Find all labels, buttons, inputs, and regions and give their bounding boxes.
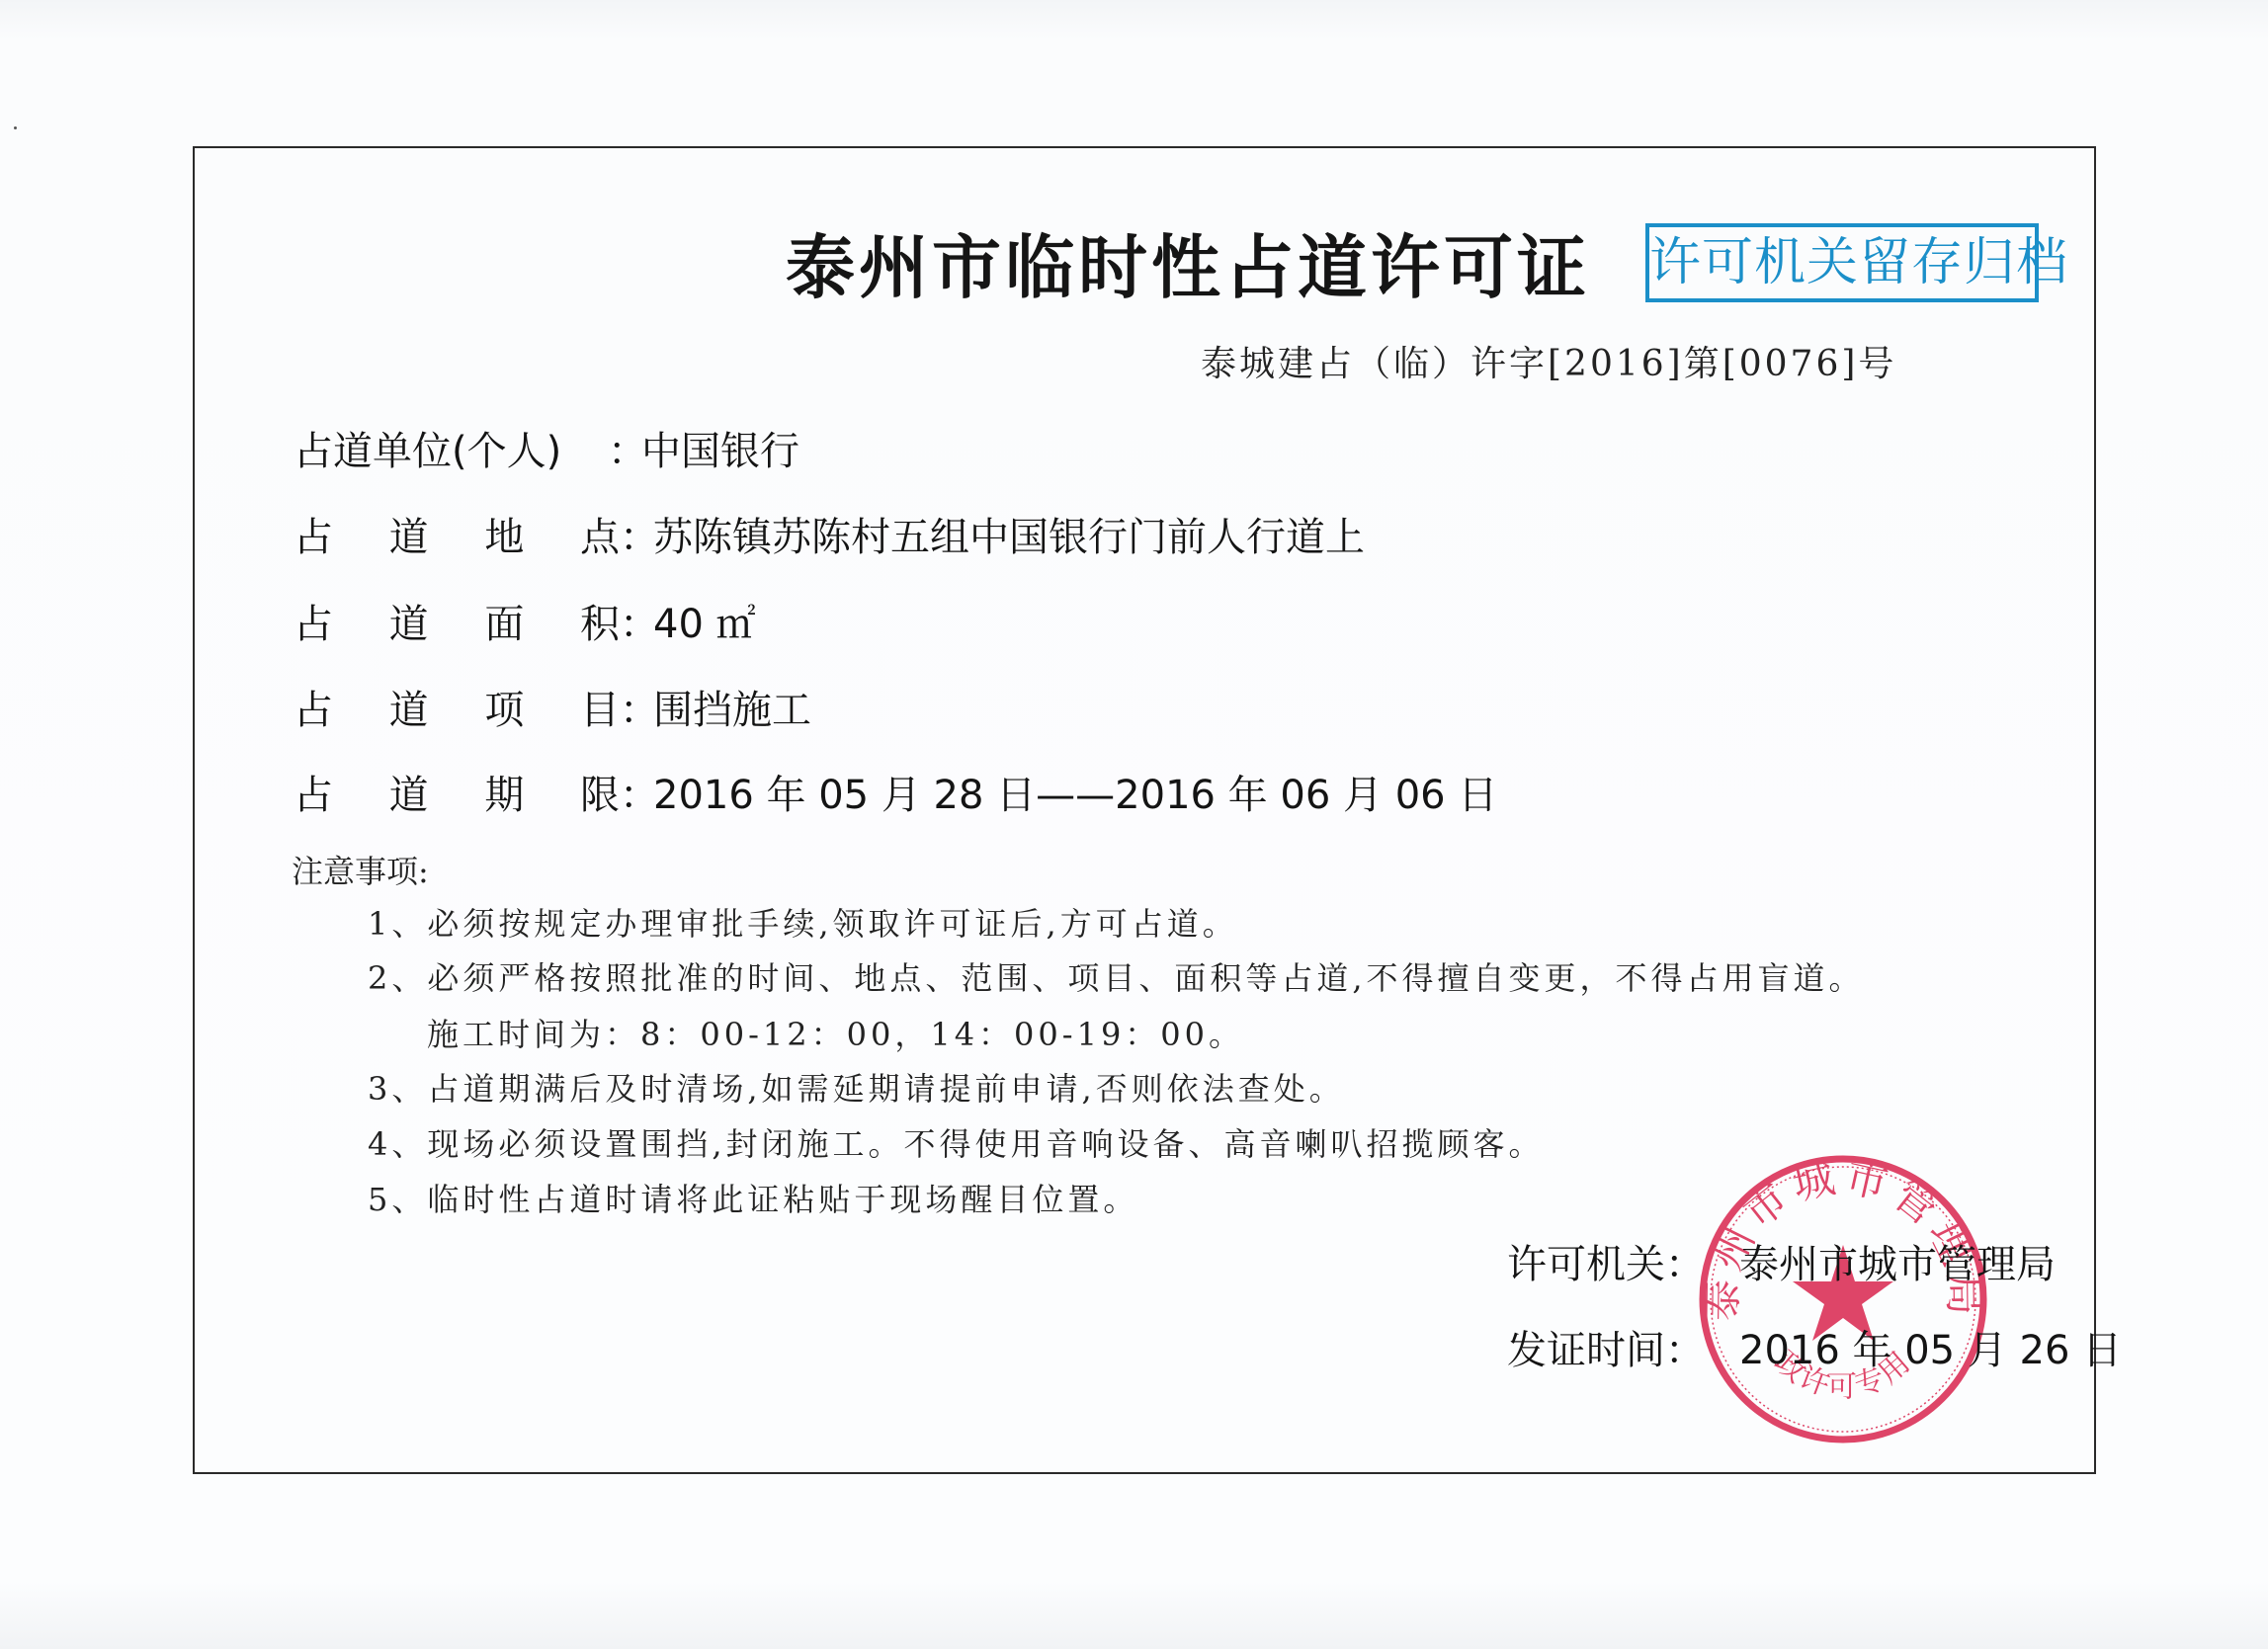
field-label: 占道地点 [294, 506, 620, 562]
field-label: 占道单位(个人) [294, 420, 608, 476]
document-title: 泰州市临时性占道许可证 [786, 212, 1590, 312]
field-colon: ： [620, 593, 653, 649]
field-label: 占道面积 [294, 593, 620, 649]
field-value: 苏陈镇苏陈村五组中国银行门前人行道上 [653, 515, 1365, 560]
scan-speck [14, 126, 17, 129]
field-colon: ： [620, 679, 653, 735]
note-item: 2、必须严格按照批准的时间、地点、范围、项目、面积等占道,不得擅自变更，不得占用… [368, 953, 1865, 999]
field-value: 中国银行 [641, 429, 799, 474]
note-item: 4、现场必须设置围挡,封闭施工。不得使用音响设备、高音喇叭招揽顾客。 [368, 1119, 1545, 1165]
note-item: 5、临时性占道时请将此证粘贴于现场醒目位置。 [368, 1175, 1138, 1220]
field-colon: ： [608, 420, 641, 476]
notes-title: 注意事项: [292, 847, 429, 892]
official-seal: 泰州市城市管理局 行政许可专用章 [1695, 1151, 1991, 1447]
field-label: 占道期限 [294, 764, 620, 820]
issue-date-label: 发证时间： [1507, 1319, 1705, 1375]
issuer-value: 泰州市城市管理局 [1739, 1233, 2056, 1289]
field-colon: ： [620, 764, 653, 820]
field-value: 2016 年 05 月 28 日——2016 年 06 月 06 日 [653, 773, 1497, 818]
field-location: 占道地点：苏陈镇苏陈村五组中国银行门前人行道上 [294, 506, 1365, 562]
field-project: 占道项目：围挡施工 [294, 679, 811, 735]
permit-number: 泰城建占（临）许字[2016]第[0076]号 [1201, 336, 1896, 386]
note-item-continuation: 施工时间为：8：00-12：00，14：00-19：00。 [427, 1010, 1244, 1055]
issuer-label: 许可机关： [1507, 1233, 1705, 1289]
issue-date-value: 2016 年 05 月 26 日 [1739, 1319, 2122, 1375]
field-area: 占道面积：40 ㎡ [294, 593, 756, 649]
note-item: 3、占道期满后及时清场,如需延期请提前申请,否则依法查处。 [368, 1064, 1345, 1110]
field-colon: ： [620, 506, 653, 562]
archive-stamp: 许可机关留存归档 [1645, 223, 2039, 302]
field-occupant: 占道单位(个人)：中国银行 [294, 420, 799, 476]
field-value: 围挡施工 [653, 688, 811, 733]
field-value: 40 ㎡ [653, 602, 756, 647]
note-item: 1、必须按规定办理审批手续,领取许可证后,方可占道。 [368, 899, 1238, 945]
field-period: 占道期限：2016 年 05 月 28 日——2016 年 06 月 06 日 [294, 764, 1497, 820]
field-label: 占道项目 [294, 679, 620, 735]
